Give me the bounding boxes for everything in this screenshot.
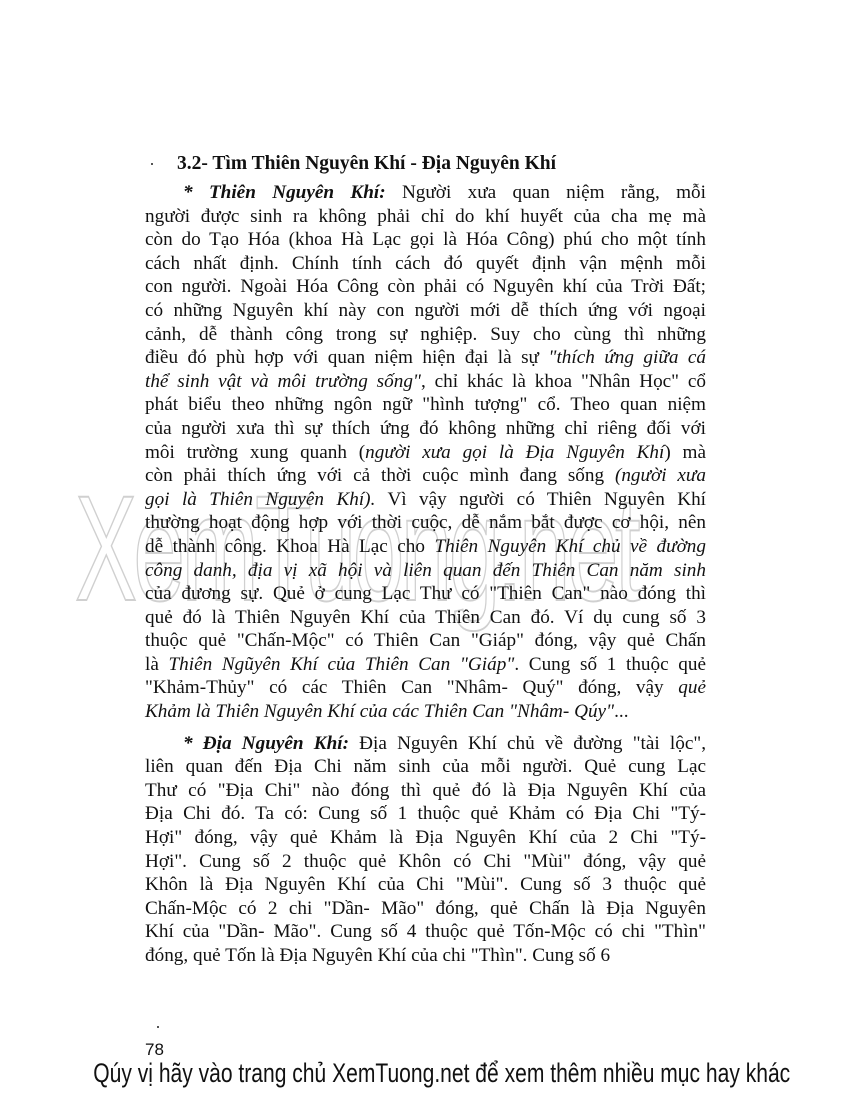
- text-line: của người xưa thì sự thích ứng đó không …: [145, 417, 706, 441]
- text-line: thường hoạt động hợp với thời cuộc, dễ n…: [145, 511, 706, 535]
- body-text: . Cung số 1 thuộc quẻ: [514, 654, 706, 675]
- body-text: của đương sự. Quẻ ở cung Lạc Thư có "Thi…: [145, 583, 706, 604]
- text-line: dễ thành công. Khoa Hà Lạc cho Thiên Ngu…: [145, 535, 706, 559]
- text-line: thể sinh vật và môi trường sống", chỉ kh…: [145, 370, 706, 394]
- italic-text: thể sinh vật và môi trường sống": [145, 371, 421, 392]
- text-line: * Địa Nguyên Khí: Địa Nguyên Khí chủ về …: [145, 732, 706, 756]
- body-text: đóng, quẻ Tốn là Địa Nguyên Khí của chi …: [145, 945, 610, 966]
- body-text: là: [145, 654, 169, 675]
- body-text: quẻ đó là Thiên Nguyên Khí của Thiên Can…: [145, 607, 706, 628]
- italic-text: Khảm là Thiên Nguyên Khí của các Thiên C…: [145, 701, 614, 722]
- text-line: Khí của "Dần- Mão". Cung số 4 thuộc quẻ …: [145, 920, 706, 944]
- text-line: cách nhất định. Chính tính cách đó quyết…: [145, 252, 706, 276]
- text-line: còn phải thích ứng với cả thời cuộc mình…: [145, 464, 706, 488]
- text-line: Hợi". Cung số 2 thuộc quẻ Khôn có Chi "M…: [145, 850, 706, 874]
- text-line: * Thiên Nguyên Khí: Người xưa quan niệm …: [145, 181, 706, 205]
- text-line: Thư có "Địa Chi" nào đóng thì quẻ đó là …: [145, 779, 706, 803]
- paragraph-label: * Thiên Nguyên Khí:: [183, 182, 402, 203]
- text-line: thuộc quẻ "Chấn-Mộc" có Thiên Can "Giáp"…: [145, 629, 706, 653]
- text-line: con người. Ngoài Hóa Công còn phải có Ng…: [145, 275, 706, 299]
- body-text: Vì vậy người có Thiên Nguyên Khí: [375, 489, 706, 510]
- body-text: Người xưa quan niệm rằng, mỗi: [402, 182, 706, 203]
- text-line: công danh, địa vị xã hội và liên quan đế…: [145, 559, 706, 583]
- text-line: liên quan đến Địa Chi năm sinh của mỗi n…: [145, 755, 706, 779]
- body-text: cách nhất định. Chính tính cách đó quyết…: [145, 253, 706, 274]
- body-text: có những Nguyên khí này con người mới dễ…: [145, 300, 706, 321]
- text-line: Khôn là Địa Nguyên Khí của Chi "Mùi". Cu…: [145, 873, 706, 897]
- body-text: Khí của "Dần- Mão". Cung số 4 thuộc quẻ …: [145, 921, 706, 942]
- body-text: Địa Nguyên Khí chủ về đường "tài lộc",: [359, 733, 706, 754]
- paragraph-label: * Địa Nguyên Khí:: [183, 733, 359, 754]
- body-text: liên quan đến Địa Chi năm sinh của mỗi n…: [145, 756, 706, 777]
- body-text: thường hoạt động hợp với thời cuộc, dễ n…: [145, 512, 706, 533]
- body-text: Hợi" đóng, vậy quẻ Khảm là Địa Nguyên Kh…: [145, 827, 706, 848]
- page-number: 78: [145, 1040, 164, 1060]
- body-text: ) mà: [664, 442, 706, 463]
- italic-text: quẻ: [678, 677, 706, 698]
- italic-text: gọi là Thiên Nguyên Khí).: [145, 489, 375, 510]
- italic-text: công danh, địa vị xã hội và liên quan đế…: [145, 560, 706, 581]
- text-line: quẻ đó là Thiên Nguyên Khí của Thiên Can…: [145, 606, 706, 630]
- body-text: còn do Tạo Hóa (khoa Hà Lạc gọi là Hóa C…: [145, 229, 706, 250]
- text-line: "Khảm-Thủy" có các Thiên Can "Nhâm- Quý"…: [145, 676, 706, 700]
- body-text: cảnh, dễ thành công trong sự nghiệp. Suy…: [145, 324, 706, 345]
- body-text: ...: [614, 701, 628, 722]
- text-line: phát biểu theo những ngôn ngữ "hình tượn…: [145, 393, 706, 417]
- text-line: có những Nguyên khí này con người mới dễ…: [145, 299, 706, 323]
- body-text: con người. Ngoài Hóa Công còn phải có Ng…: [145, 276, 706, 297]
- body-text: Chấn-Mộc có 2 chi "Dần- Mão" đóng, quẻ C…: [145, 898, 706, 919]
- body-text: phát biểu theo những ngôn ngữ "hình tượn…: [145, 394, 706, 415]
- text-line: người được sinh ra không phải chỉ do khí…: [145, 205, 706, 229]
- paragraph-dia-nguyen-khi: * Địa Nguyên Khí: Địa Nguyên Khí chủ về …: [145, 732, 706, 968]
- text-line: Địa Chi đó. Ta có: Cung số 1 thuộc quẻ K…: [145, 802, 706, 826]
- text-line: Hợi" đóng, vậy quẻ Khảm là Địa Nguyên Kh…: [145, 826, 706, 850]
- body-text: môi trường xung quanh (: [145, 442, 365, 463]
- text-line: gọi là Thiên Nguyên Khí). Vì vậy người c…: [145, 488, 706, 512]
- body-text: Khôn là Địa Nguyên Khí của Chi "Mùi". Cu…: [145, 874, 706, 895]
- text-line: là Thiên Ngũyên Khí của Thiên Can "Giáp"…: [145, 653, 706, 677]
- body-text: Địa Chi đó. Ta có: Cung số 1 thuộc quẻ K…: [145, 803, 706, 824]
- text-line: Khảm là Thiên Nguyên Khí của các Thiên C…: [145, 700, 706, 724]
- footer-banner-link[interactable]: Qúy vị hãy vào trang chủ XemTuong.net để…: [93, 1058, 754, 1089]
- text-line: còn do Tạo Hóa (khoa Hà Lạc gọi là Hóa C…: [145, 228, 706, 252]
- italic-text: Thiên Nguyên Khí chủ về đường: [434, 536, 706, 557]
- scan-speck: [157, 1026, 159, 1028]
- body-text: của người xưa thì sự thích ứng đó không …: [145, 418, 706, 439]
- text-line: cảnh, dễ thành công trong sự nghiệp. Suy…: [145, 323, 706, 347]
- text-line: Chấn-Mộc có 2 chi "Dần- Mão" đóng, quẻ C…: [145, 897, 706, 921]
- italic-text: Thiên Ngũyên Khí của Thiên Can "Giáp": [169, 654, 515, 675]
- book-page: XemTuong.net 3.2- Tìm Thiên Nguyên Khí -…: [0, 0, 848, 1102]
- italic-text: "thích ứng giữa cá: [548, 347, 706, 368]
- body-text: Hợi". Cung số 2 thuộc quẻ Khôn có Chi "M…: [145, 851, 706, 872]
- section-title: 3.2- Tìm Thiên Nguyên Khí - Địa Nguyên K…: [177, 150, 706, 178]
- body-text: , chỉ khác là khoa "Nhân Học" cổ: [421, 371, 706, 392]
- body-text: Thư có "Địa Chi" nào đóng thì quẻ đó là …: [145, 780, 706, 801]
- italic-text: (người xưa: [615, 465, 706, 486]
- body-text: người được sinh ra không phải chỉ do khí…: [145, 206, 706, 227]
- body-text: dễ thành công. Khoa Hà Lạc cho: [145, 536, 434, 557]
- body-text: thuộc quẻ "Chấn-Mộc" có Thiên Can "Giáp"…: [145, 630, 706, 651]
- body-text: "Khảm-Thủy" có các Thiên Can "Nhâm- Quý"…: [145, 677, 678, 698]
- paragraph-thien-nguyen-khi: * Thiên Nguyên Khí: Người xưa quan niệm …: [145, 181, 706, 724]
- text-line: môi trường xung quanh (người xưa gọi là …: [145, 441, 706, 465]
- body-text: điều đó phù hợp với quan niệm hiện đại l…: [145, 347, 548, 368]
- page-content: 3.2- Tìm Thiên Nguyên Khí - Địa Nguyên K…: [145, 150, 706, 968]
- body-text: còn phải thích ứng với cả thời cuộc mình…: [145, 465, 615, 486]
- text-line: của đương sự. Quẻ ở cung Lạc Thư có "Thi…: [145, 582, 706, 606]
- text-line: điều đó phù hợp với quan niệm hiện đại l…: [145, 346, 706, 370]
- text-line: đóng, quẻ Tốn là Địa Nguyên Khí của chi …: [145, 944, 706, 968]
- italic-text: người xưa gọi là Địa Nguyên Khí: [365, 442, 664, 463]
